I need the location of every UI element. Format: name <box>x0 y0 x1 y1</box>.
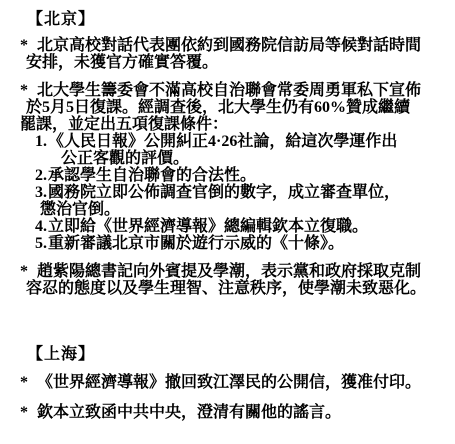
list-item-line: 公正客觀的評價。 <box>20 150 451 167</box>
list-item-line: 5.重新審議北京市關於遊行示威的《十條》。 <box>20 235 451 252</box>
list-number: 3. <box>35 184 48 201</box>
list-item-line: 懲治官倒。 <box>20 201 451 218</box>
news-item: *北京高校對話代表團依約到國務院信訪局等候對話時間 安排，未獲官方確實答覆。 <box>20 37 451 71</box>
line-text: 北京高校對話代表團依約到國務院信訪局等候對話時間 <box>37 37 421 54</box>
line-text: 立即給《世界經濟導報》總編輯欽本立復職。 <box>48 218 368 235</box>
line-text: 趙紫陽總書記向外賓提及學潮，表示黨和政府採取克制 <box>37 263 421 280</box>
list-number: 1. <box>35 133 48 150</box>
bullet-marker: * <box>20 37 37 54</box>
news-item: *趙紫陽總書記向外賓提及學潮，表示黨和政府採取克制 容忍的態度以及學生理智、注意… <box>20 263 451 297</box>
text-line: *北京高校對話代表團依約到國務院信訪局等候對話時間 <box>20 37 451 54</box>
bullet-marker: * <box>20 82 37 99</box>
news-item: *欽本立致函中共中央，澄清有關他的謠言。 <box>20 404 451 421</box>
section-header-beijing: 【北京】 <box>20 11 451 28</box>
list-item-line: 2.承認學生自治聯會的合法性。 <box>20 167 451 184</box>
text-line: *趙紫陽總書記向外賓提及學潮，表示黨和政府採取克制 <box>20 263 451 280</box>
line-text: 承認學生自治聯會的合法性。 <box>48 167 256 184</box>
news-item: *《世界經濟導報》撤回致江澤民的公開信，獲准付印。 <box>20 374 451 391</box>
news-item: *北大學生籌委會不滿高校自治聯會常委周勇軍私下宣佈 於5月5日復課。經調查後，北… <box>20 82 451 252</box>
list-item-line: 4.立即給《世界經濟導報》總編輯欽本立復職。 <box>20 218 451 235</box>
section-shanghai: 【上海】 *《世界經濟導報》撤回致江澤民的公開信，獲准付印。 *欽本立致函中共中… <box>20 346 451 421</box>
text-line: 罷課，並定出五項復課條件： <box>20 116 451 133</box>
text-line: *欽本立致函中共中央，澄清有關他的謠言。 <box>20 404 451 421</box>
line-text: 國務院立即公佈調查官倒的數字，成立審查單位， <box>48 184 400 201</box>
line-text: 欽本立致函中共中央，澄清有關他的謠言。 <box>37 404 341 421</box>
bullet-marker: * <box>20 374 37 391</box>
bullet-marker: * <box>20 263 37 280</box>
text-line: 安排，未獲官方確實答覆。 <box>20 54 451 71</box>
bullet-marker: * <box>20 404 37 421</box>
line-text: 重新審議北京市關於遊行示威的《十條》。 <box>48 235 344 252</box>
list-number: 5. <box>35 235 48 252</box>
list-number: 2. <box>35 167 48 184</box>
text-line: 容忍的態度以及學生理智、注意秩序，使學潮未致惡化。 <box>20 280 451 297</box>
news-digest-document: 【北京】 *北京高校對話代表團依約到國務院信訪局等候對話時間 安排，未獲官方確實… <box>0 0 455 421</box>
text-line: *《世界經濟導報》撤回致江澤民的公開信，獲准付印。 <box>20 374 451 391</box>
section-beijing: 【北京】 *北京高校對話代表團依約到國務院信訪局等候對話時間 安排，未獲官方確實… <box>20 11 451 297</box>
line-text: 《世界經濟導報》撤回致江澤民的公開信，獲准付印。 <box>37 374 421 391</box>
line-text: 北大學生籌委會不滿高校自治聯會常委周勇軍私下宣佈 <box>37 82 421 99</box>
text-line: 於5月5日復課。經調查後，北大學生仍有60%贊成繼續 <box>20 99 451 116</box>
section-header-shanghai: 【上海】 <box>20 346 451 363</box>
text-line: *北大學生籌委會不滿高校自治聯會常委周勇軍私下宣佈 <box>20 82 451 99</box>
line-text: 《人民日報》公開糾正4·26社論，給這次學運作出 <box>48 133 397 150</box>
list-item-line: 3.國務院立即公佈調查官倒的數字，成立審查單位， <box>20 184 451 201</box>
list-number: 4. <box>35 218 48 235</box>
list-item-line: 1.《人民日報》公開糾正4·26社論，給這次學運作出 <box>20 133 451 150</box>
